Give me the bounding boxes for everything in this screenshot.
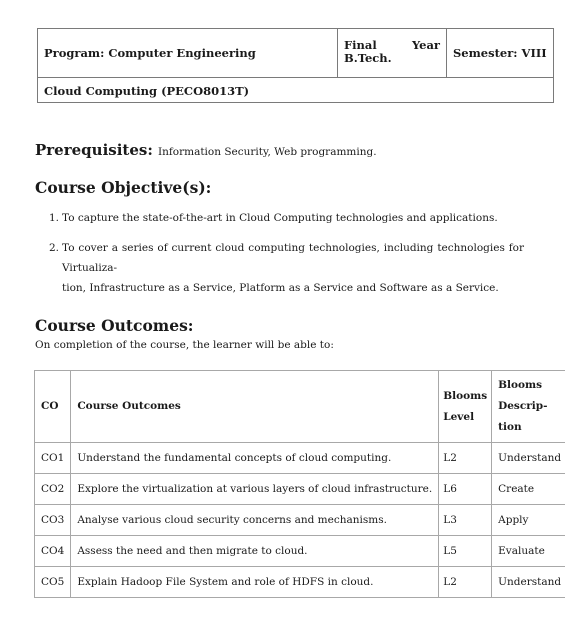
co-id: CO4 xyxy=(35,536,71,567)
table-row: CO1Understand the fundamental concepts o… xyxy=(35,443,565,474)
program-cell: Program: Computer Engineering xyxy=(38,29,338,77)
co-outcome: Explore the virtualization at various la… xyxy=(71,474,439,505)
prerequisites-label: Prerequisites: xyxy=(35,141,153,159)
header-co: CO xyxy=(35,371,71,443)
semester-cell: Semester: VIII xyxy=(447,29,554,77)
co-outcome: Understand the fundamental concepts of c… xyxy=(71,443,439,474)
program-label: Program: Computer Engineering xyxy=(44,46,256,60)
outcomes-heading: Course Outcomes: xyxy=(35,316,194,335)
header-blooms-description: Blooms Descrip- tion xyxy=(492,371,565,443)
co-blooms-description: Create xyxy=(492,474,565,505)
co-outcome: Explain Hadoop File System and role of H… xyxy=(71,567,439,598)
prerequisites-value: Information Security, Web programming. xyxy=(158,146,377,158)
table-header-row: CO Course Outcomes Blooms Level Blooms D… xyxy=(35,371,565,443)
header-blooms-level: Blooms Level xyxy=(439,371,492,443)
outcomes-intro: On completion of the course, the learner… xyxy=(35,339,334,351)
objective-number: 2. xyxy=(49,238,59,258)
co-id: CO3 xyxy=(35,505,71,536)
co-blooms-description: Evaluate xyxy=(492,536,565,567)
table-row: CO2Explore the virtualization at various… xyxy=(35,474,565,505)
prerequisites: Prerequisites: Information Security, Web… xyxy=(35,140,377,159)
course-outcomes-table: CO Course Outcomes Blooms Level Blooms D… xyxy=(34,370,565,598)
co-blooms-description: Understand xyxy=(492,567,565,598)
year-degree: B.Tech. xyxy=(344,52,440,65)
co-blooms-level: L2 xyxy=(439,443,492,474)
co-id: CO5 xyxy=(35,567,71,598)
objective-number: 1. xyxy=(49,208,59,228)
course-name: Cloud Computing (PECO8013T) xyxy=(44,84,249,98)
year-cell: Final Year B.Tech. xyxy=(338,29,447,77)
year-label: Final Year B.Tech. xyxy=(344,39,440,65)
objective-text: To capture the state-of-the-art in Cloud… xyxy=(62,208,532,228)
co-blooms-description: Understand xyxy=(492,443,565,474)
co-id: CO1 xyxy=(35,443,71,474)
co-outcome: Analyse various cloud security concerns … xyxy=(71,505,439,536)
co-blooms-description: Apply xyxy=(492,505,565,536)
table-row: CO3Analyse various cloud security concer… xyxy=(35,505,565,536)
co-id: CO2 xyxy=(35,474,71,505)
table-row: CO4Assess the need and then migrate to c… xyxy=(35,536,565,567)
year-word-year: Year xyxy=(412,39,440,52)
co-blooms-level: L5 xyxy=(439,536,492,567)
objectives-heading: Course Objective(s): xyxy=(35,178,211,197)
co-blooms-level: L6 xyxy=(439,474,492,505)
co-blooms-level: L2 xyxy=(439,567,492,598)
course-header-row: Program: Computer Engineering Final Year… xyxy=(38,29,553,78)
course-header-table: Program: Computer Engineering Final Year… xyxy=(37,28,554,103)
table-row: CO5Explain Hadoop File System and role o… xyxy=(35,567,565,598)
co-outcome: Assess the need and then migrate to clou… xyxy=(71,536,439,567)
co-blooms-level: L3 xyxy=(439,505,492,536)
semester-label: Semester: VIII xyxy=(453,46,547,60)
header-course-outcomes: Course Outcomes xyxy=(71,371,439,443)
objective-text: To cover a series of current cloud compu… xyxy=(62,238,532,298)
